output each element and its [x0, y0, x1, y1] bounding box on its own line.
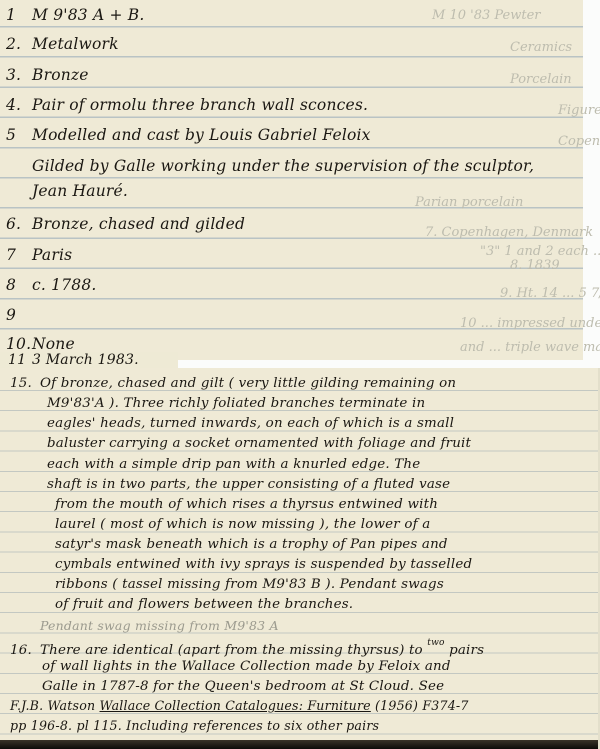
field-4: 4.Pair of ormolu three branch wall sconc… — [6, 96, 368, 114]
field-15-line: baluster carrying a socket ornamented wi… — [47, 436, 471, 451]
field-15-line: satyr's mask beneath which is a trophy o… — [55, 537, 448, 552]
field-15-line: M9'83'A ). Three richly foliated branche… — [47, 396, 425, 411]
field-5-cont: Gilded by Galle working under the superv… — [6, 157, 534, 175]
field-15-line: each with a simple drip pan with a knurl… — [47, 457, 420, 472]
field-11: 113 March 1983. — [8, 352, 139, 368]
bleed-through-text: M 10 '83 Pewter — [432, 8, 540, 23]
bleed-through-text: 7. Copenhagen, Denmark — [425, 225, 593, 240]
bleed-through-text: Figure of a Young — [558, 103, 600, 118]
inserted-word: two — [427, 638, 444, 648]
field-15-line: from the mouth of which rises a thyrsus … — [55, 497, 438, 512]
bleed-through-text: Ceramics — [510, 40, 572, 55]
field-15-line: of fruit and flowers between the branche… — [55, 597, 353, 612]
bleed-through-text: Copenhagen, De — [558, 134, 600, 149]
field-7: 7Paris — [6, 246, 72, 264]
bleed-through-text: Porcelain — [510, 72, 572, 87]
record-card-lower: 15.Of bronze, chased and gilt ( very lit… — [0, 368, 600, 749]
field-2: 2.Metalwork — [6, 35, 119, 53]
field-16-line: of wall lights in the Wallace Collection… — [42, 659, 451, 674]
field-15-line: eagles' heads, turned inwards, on each o… — [47, 416, 454, 431]
bleed-through-text: "3" 1 and 2 each ... — [480, 244, 600, 259]
field-1: 1M 9'83 A + B. — [6, 6, 145, 24]
field-15-line: shaft is in two parts, the upper consist… — [47, 477, 450, 492]
field-5: 5Modelled and cast by Louis Gabriel Felo… — [6, 126, 371, 144]
field-9: 9 — [6, 306, 32, 324]
field-5-cont: Jean Hauré. — [6, 182, 128, 200]
field-8: 8c. 1788. — [6, 276, 97, 294]
bleed-through-text: 9. Ht. 14 ... 5 7/8" 3 in ... — [500, 286, 600, 301]
field-16-line: pp 196-8. pl 115. Including references t… — [10, 718, 379, 733]
pencil-annotation: Pendant swag missing from M9'83 A — [40, 618, 279, 633]
record-card-upper: M 10 '83 Pewter Ceramics Porcelain Figur… — [0, 0, 583, 360]
field-15-line: laurel ( most of which is now missing ),… — [55, 517, 430, 532]
field-15-line: cymbals entwined with ivy sprays is susp… — [55, 557, 472, 572]
field-16-line: 16.There are identical (apart from the m… — [10, 638, 484, 658]
field-3: 3.Bronze — [6, 66, 89, 84]
field-10: 10.None — [6, 335, 75, 353]
field-15-line: ribbons ( tassel missing from M9'83 B ).… — [55, 577, 444, 592]
field-16-line: Galle in 1787-8 for the Queen's bedroom … — [42, 679, 444, 694]
bleed-through-text: and ... triple wave mark ... — [460, 340, 600, 355]
field-16-line: F.J.B. Watson Wallace Collection Catalog… — [10, 698, 469, 713]
bleed-through-text: Parian porcelain — [415, 195, 523, 210]
bleed-through-text: 8. 1839 — [510, 258, 560, 273]
bleed-through-text: 10 ... impressed underglaze ... — [460, 316, 600, 331]
field-15-line: 15.Of bronze, chased and gilt ( very lit… — [10, 376, 456, 391]
field-6: 6.Bronze, chased and gilded — [6, 215, 245, 233]
book-title: Wallace Collection Catalogues: Furniture — [100, 698, 371, 713]
